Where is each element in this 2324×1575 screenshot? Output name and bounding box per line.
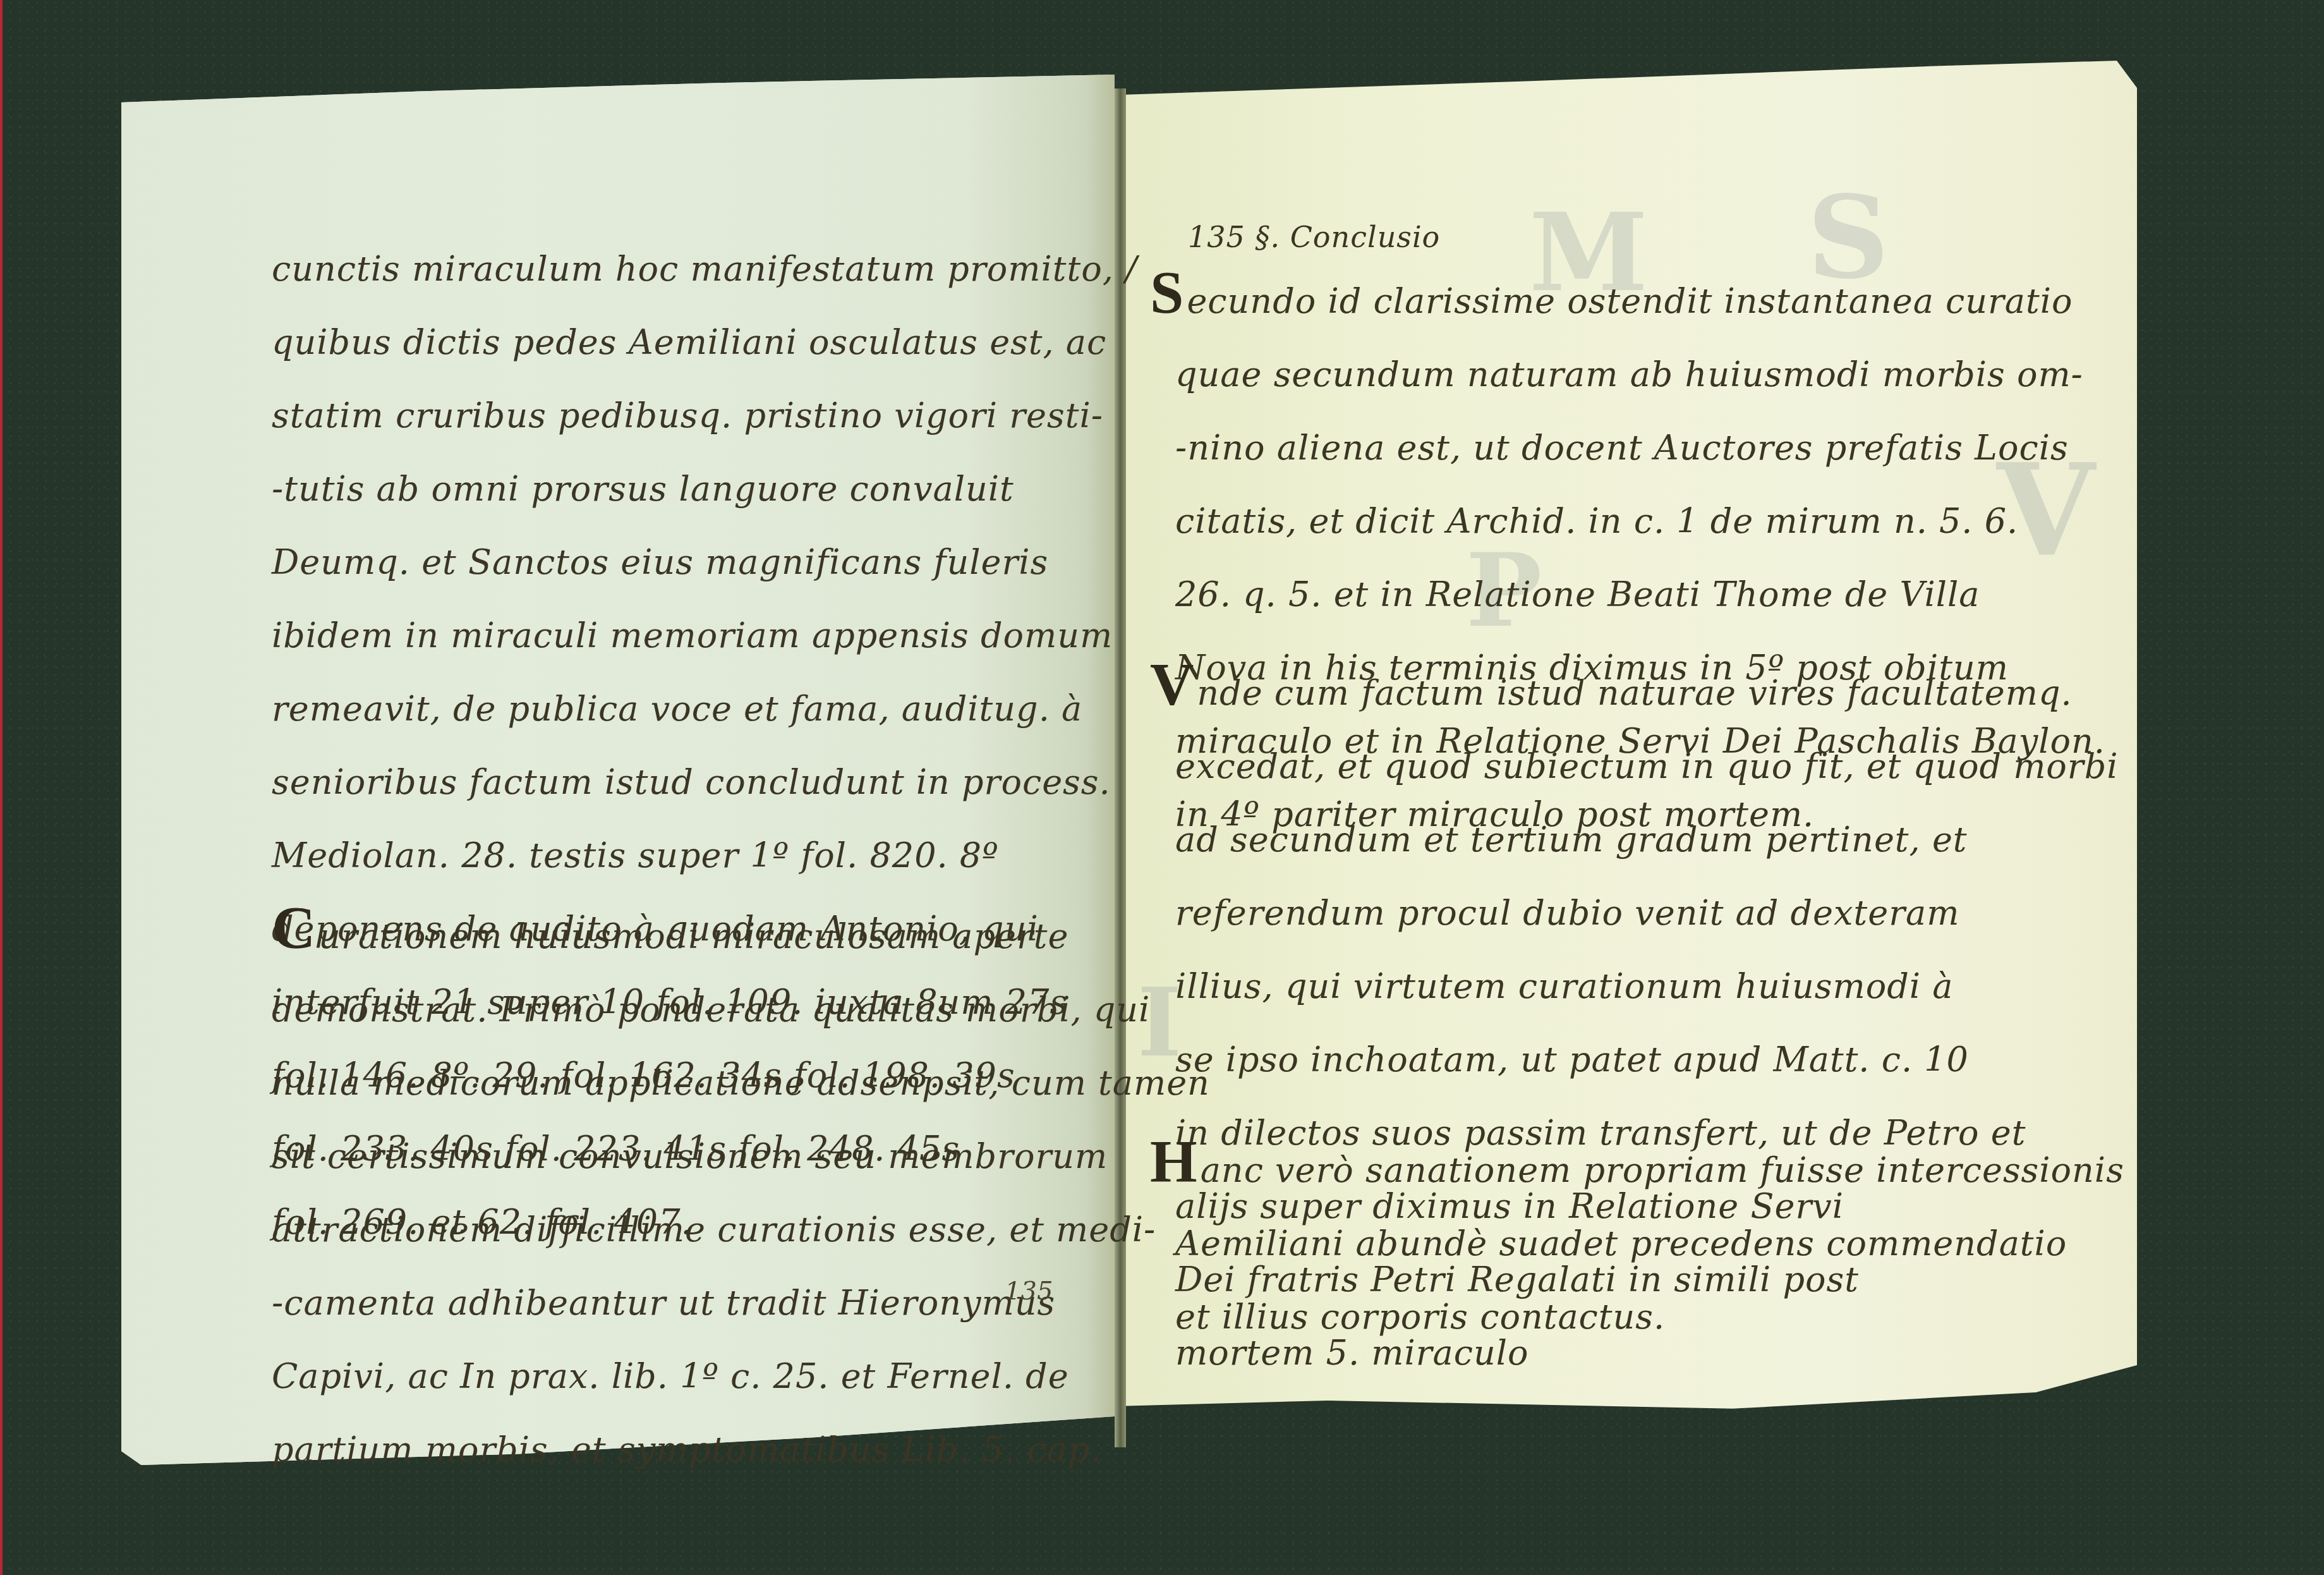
text-line: partium morbis, et symptomatibus Lib. 5.…: [272, 1413, 1210, 1487]
drop-initial: H: [1150, 1128, 1198, 1195]
text-line: et illius corporis contactus.: [1150, 1280, 2124, 1354]
text-line: Mediolan. 28. testis super 1º fol. 820. …: [272, 819, 1137, 892]
text-line: Capivi, ac In prax. lib. 1º c. 25. et Fe…: [272, 1340, 1210, 1413]
text-line-rest: nde cum factum istud naturae vires facul…: [1197, 673, 2072, 713]
text-line: quibus dictis pedes Aemiliani osculatus …: [272, 306, 1137, 379]
drop-initial: C: [272, 894, 316, 961]
text-line: remeavit, de publica voce et fama, audit…: [272, 672, 1137, 746]
text-line: nulla medicorum applicatione adsenpsit, …: [272, 1047, 1210, 1120]
text-line: Secundo id clarissime ostendit instantan…: [1150, 256, 2105, 338]
text-line: cunctis miraculum hoc manifestatum promi…: [272, 233, 1137, 306]
text-line-rest: anc verò sanationem propriam fuisse inte…: [1201, 1150, 2124, 1190]
text-line: sit certissimum convulsionem seu membror…: [272, 1120, 1210, 1193]
text-line-rest: ecundo id clarissime ostendit instantane…: [1187, 281, 2073, 321]
text-line: citatis, et dicit Archid. in c. 1 de mir…: [1150, 485, 2105, 558]
text-line: Deumq. et Sanctos eius magnificans fuler…: [272, 526, 1137, 599]
text-line: Curationem huiusmodi miraculosam aperte: [272, 891, 1210, 973]
right-page-paragraph-3: Hanc verò sanationem propriam fuisse int…: [1150, 1125, 2124, 1354]
left-page-paragraph-2: Curationem huiusmodi miraculosam aperte …: [272, 891, 1210, 1487]
text-line: Aemiliani abundè suadet precedens commen…: [1150, 1207, 2124, 1280]
text-line: excedat, et quod subiectum in quo fit, e…: [1150, 730, 2119, 803]
text-line: -tutis ab omni prorsus languore convalui…: [272, 453, 1137, 526]
page-catchword: 135: [1005, 1277, 1053, 1306]
text-line: Hanc verò sanationem propriam fuisse int…: [1150, 1125, 2124, 1207]
text-line: 26. q. 5. et in Relatione Beati Thome de…: [1150, 558, 2105, 631]
text-line: attractionem difficillime curationis ess…: [272, 1193, 1210, 1267]
text-line: ibidem in miraculi memoriam appensis dom…: [272, 599, 1137, 672]
section-heading: 135 §. Conclusio: [1188, 218, 1440, 256]
text-line: demonstrat. Primò ponderata qualitas mor…: [272, 973, 1210, 1047]
text-line: Vnde cum factum istud naturae vires facu…: [1150, 648, 2119, 730]
drop-initial: S: [1150, 258, 1184, 326]
text-line: illius, qui virtutem curationum huiusmod…: [1150, 950, 2119, 1023]
text-line: quae secundum naturam ab huiusmodi morbi…: [1150, 338, 2105, 411]
scan-edge-strip: [0, 0, 3, 1575]
drop-initial: V: [1150, 650, 1194, 718]
text-line: senioribus factum istud concludunt in pr…: [272, 746, 1137, 819]
text-line: -nino aliena est, ut docent Auctores pre…: [1150, 411, 2105, 485]
text-line: referendum procul dubio venit ad dextera…: [1150, 877, 2119, 950]
text-line: -camenta adhibeantur ut tradit Hieronymu…: [272, 1267, 1210, 1340]
text-line: se ipso inchoatam, ut patet apud Matt. c…: [1150, 1023, 2119, 1097]
text-line-rest: urationem huiusmodi miraculosam aperte: [318, 916, 1068, 956]
text-line: ad secundum et tertium gradum pertinet, …: [1150, 803, 2119, 877]
text-line: statim cruribus pedibusq. pristino vigor…: [272, 379, 1137, 453]
